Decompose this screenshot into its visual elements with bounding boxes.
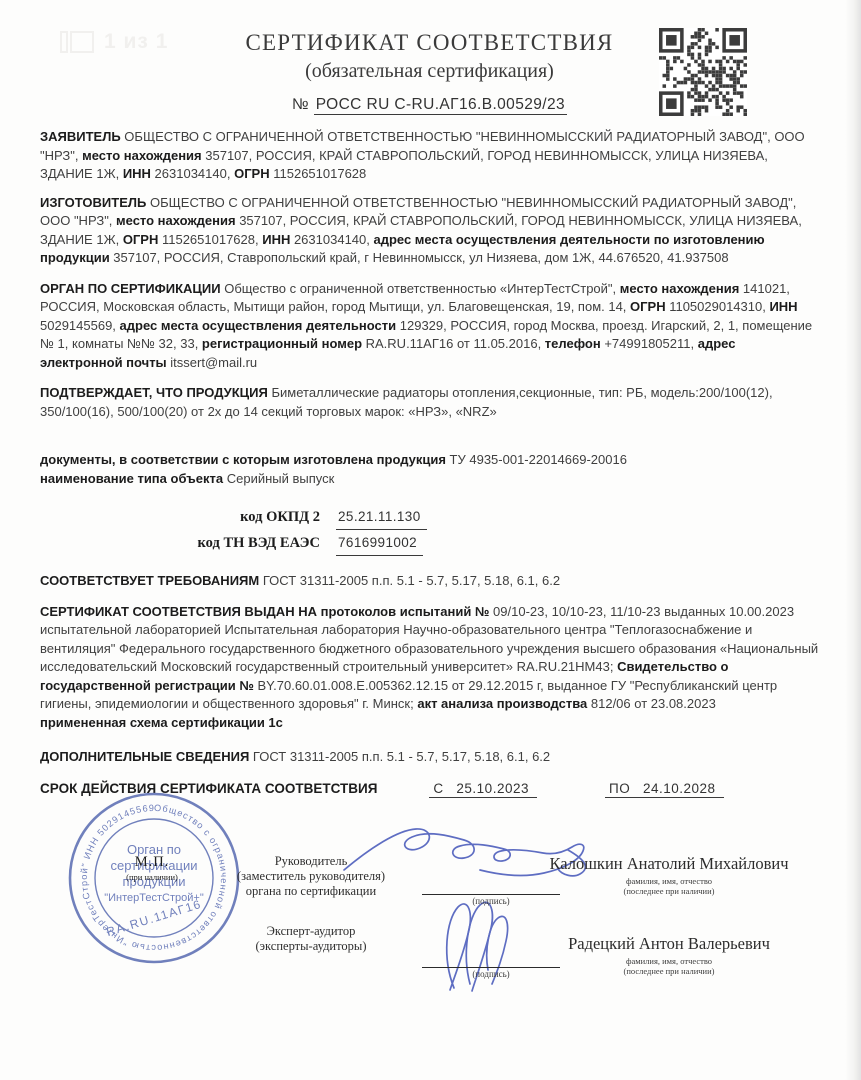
manufacturing-documents-line: документы, в соответствии с которым изго… (40, 451, 821, 470)
head-fullname-block: Калошкин Анатолий Михайлович фамилия, им… (538, 854, 800, 897)
okpd-code-value: 25.21.11.130 (336, 504, 427, 530)
complies-with-line: СООТВЕТСТВУЕТ ТРЕБОВАНИЯМ ГОСТ 31311-200… (40, 572, 821, 591)
expert-signature-icon (422, 896, 544, 996)
expert-fullname-block: Радецкий Антон Валерьевич фамилия, имя, … (538, 934, 800, 977)
certificate-number: РОСС RU C-RU.АГ16.В.00529/23 (314, 96, 567, 115)
product-paragraph: ПОДТВЕРЖДАЕТ, ЧТО ПРОДУКЦИЯ Биметалличес… (40, 384, 821, 421)
additional-info-line: ДОПОЛНИТЕЛЬНЫЕ СВЕДЕНИЯ ГОСТ 31311-2005 … (40, 748, 821, 767)
validity-from-date: С 25.10.2023 (429, 781, 537, 798)
issued-on-paragraph: СЕРТИФИКАТ СООТВЕТСТВИЯ ВЫДАН НА протоко… (40, 603, 821, 714)
certification-body-paragraph: ОРГАН ПО СЕРТИФИКАЦИИ Общество с огранич… (40, 280, 821, 373)
tnved-code-value: 7616991002 (336, 530, 423, 556)
stamp-place-mark: М.П. (при наличии) (92, 854, 212, 882)
signature-area: Общество с ограниченной ответственностью… (40, 804, 821, 1039)
applicant-paragraph: ЗАЯВИТЕЛЬ ОБЩЕСТВО С ОГРАНИЧЕННОЙ ОТВЕТС… (40, 128, 821, 184)
mp-note: (при наличии) (92, 872, 212, 882)
number-prefix: № (292, 96, 314, 113)
signature-caption: (подпись) (422, 896, 560, 906)
certificate-page: 1 из 1 СЕРТИФИКАТ СООТВЕТСТВИЯ (обязател… (0, 0, 861, 1080)
expert-fullname: Радецкий Антон Валерьевич (538, 934, 800, 954)
head-fullname: Калошкин Анатолий Михайлович (538, 854, 800, 874)
scan-page-edge (845, 0, 861, 1080)
okpd-code-label: код ОКПД 2 (40, 505, 320, 530)
object-type-line: наименование типа объекта Серийный выпус… (40, 470, 821, 489)
validity-to-date: ПО 24.10.2028 (605, 781, 724, 798)
fio-caption: фамилия, имя, отчество (последнее при на… (538, 956, 800, 977)
tnved-code-label: код ТН ВЭД ЕАЭС (40, 531, 320, 556)
pdf-viewer-page-badge: 1 из 1 (60, 30, 168, 54)
expert-role-label: Эксперт-аудитор(эксперты-аудиторы) (198, 924, 424, 954)
certification-scheme-line: примененная схема сертификации 1с (40, 714, 821, 733)
page-count-label: 1 из 1 (104, 30, 168, 54)
manufacturer-paragraph: ИЗГОТОВИТЕЛЬ ОБЩЕСТВО С ОГРАНИЧЕННОЙ ОТВ… (40, 194, 821, 268)
sidebar-pages-icon[interactable] (60, 31, 94, 53)
fio-caption: фамилия, имя, отчество (последнее при на… (538, 876, 800, 897)
mp-label: М.П. (92, 854, 212, 871)
qr-code (659, 28, 747, 116)
codes-block: код ОКПД 2 25.21.11.130 код ТН ВЭД ЕАЭС … (40, 504, 819, 556)
